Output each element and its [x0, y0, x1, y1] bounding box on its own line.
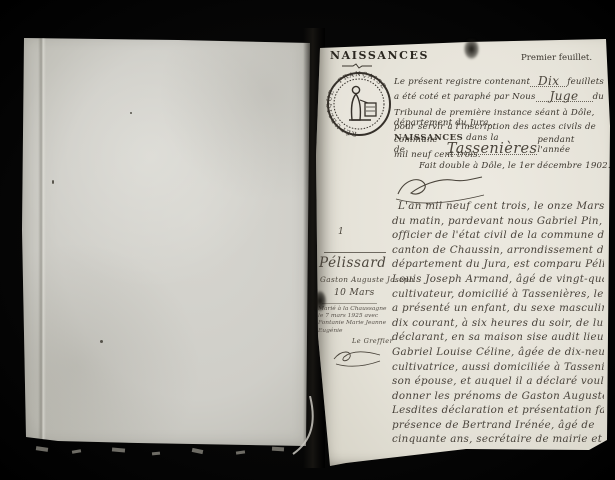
paper-speck: [52, 180, 54, 184]
sheet-label: Premier feuillet.: [521, 53, 592, 63]
act-line: son épouse, et auquel il a déclaré voulo…: [392, 375, 604, 387]
paper-speck: [130, 112, 132, 114]
act-line: dix courant, à six heures du soir, de lu…: [392, 317, 604, 329]
act-line: cultivateur, domicilié à Tassenières, le…: [392, 288, 604, 300]
act-line: déclarant, en sa maison sise audit lieu …: [392, 331, 604, 343]
form-line-2: a été coté et paraphé par Nous Juge du: [394, 92, 604, 102]
paper-speck: [100, 340, 103, 343]
form-text: du: [593, 92, 604, 102]
marriage-note-line: Fontanie Marie Jeanne: [318, 320, 392, 327]
act-line: cinquante ans, secrétaire de mairie et d…: [392, 433, 604, 445]
act-line: Gabriel Louise Céline, âgée de dix-neuf …: [392, 346, 604, 358]
form-text: feuillets: [567, 77, 604, 87]
form-text: a été coté et paraphé par Nous: [394, 92, 536, 102]
form-line-6: mil neuf cent trois.: [394, 150, 481, 160]
fold-line: [38, 36, 46, 444]
act-line: Lesdites déclaration et présentation fai…: [392, 404, 604, 416]
torn-paper-bit: [112, 447, 125, 452]
margin-rule: [324, 252, 386, 253]
heading-ornament-icon: [340, 62, 374, 70]
torn-paper-bit: [272, 447, 284, 452]
handwritten-fill-feuillets-count: Dix: [538, 74, 559, 88]
ink-smudge: [464, 39, 479, 59]
form-line-1: Le présent registre contenant Dix feuill…: [394, 77, 604, 87]
clerk-label: Le Greffier: [352, 337, 393, 345]
left-blank-page: [18, 30, 312, 450]
marriage-note-line: le 7 mars 1925 avec: [318, 313, 392, 320]
act-line: département du Jura, est comparu Pélissa…: [392, 258, 604, 270]
register-scan: NAISSANCES Premier feuillet. RÉPUBLIQUE …: [0, 0, 615, 480]
act-line: officier de l'état civil de la commune d…: [392, 229, 604, 241]
torn-paper-bit: [72, 449, 81, 454]
paper-texture: [18, 30, 312, 450]
act-line: du matin, pardevant nous Gabriel Pin, ma…: [392, 215, 604, 227]
clerk-signature: [330, 345, 386, 369]
form-text: pendant l'année: [537, 135, 604, 155]
torn-paper-bit: [36, 446, 48, 452]
marriage-note-line: Eugénie: [318, 328, 392, 335]
marriage-note-line: Marié à la Chaussagne: [318, 306, 392, 313]
marriage-mention-note: Marié à la Chaussagne le 7 mars 1925 ave…: [318, 306, 392, 335]
page-curl: [290, 396, 318, 458]
act-line: canton de Chaussin, arrondissement de Dô…: [392, 244, 604, 256]
judge-signature: [390, 170, 490, 204]
margin-surname: Pélissard: [319, 255, 387, 271]
republique-francaise-seal-icon: RÉPUBLIQUE · FRANÇAISE ·: [325, 70, 393, 138]
act-line: donner les prénoms de Gaston Auguste Jos…: [392, 390, 604, 402]
act-line: cultivatrice, aussi domiciliée à Tasseni…: [392, 361, 604, 373]
torn-paper-bit: [192, 448, 204, 454]
form-text: pour servir à l'inscription des actes ci…: [394, 122, 596, 132]
page-heading: NAISSANCES: [330, 49, 429, 62]
torn-paper-bit: [152, 452, 160, 456]
ink-blot: [314, 291, 326, 311]
act-line: a présenté un enfant, du sexe masculin, …: [392, 302, 604, 314]
act-line: présence de Bertrand Irénée, âgé de: [392, 419, 604, 431]
torn-paper-bit: [236, 450, 245, 454]
act-line: Louis Joseph Armand, âgé de vingt-quatre…: [392, 273, 604, 285]
act-number: 1: [338, 227, 344, 237]
margin-date: 10 Mars: [334, 288, 375, 298]
act-line: L'an mil neuf cent trois, le onze Mars, …: [392, 200, 604, 212]
handwritten-fill-judge: Juge: [550, 89, 579, 103]
form-text: Le présent registre contenant: [394, 77, 530, 87]
margin-rule: [322, 303, 377, 304]
